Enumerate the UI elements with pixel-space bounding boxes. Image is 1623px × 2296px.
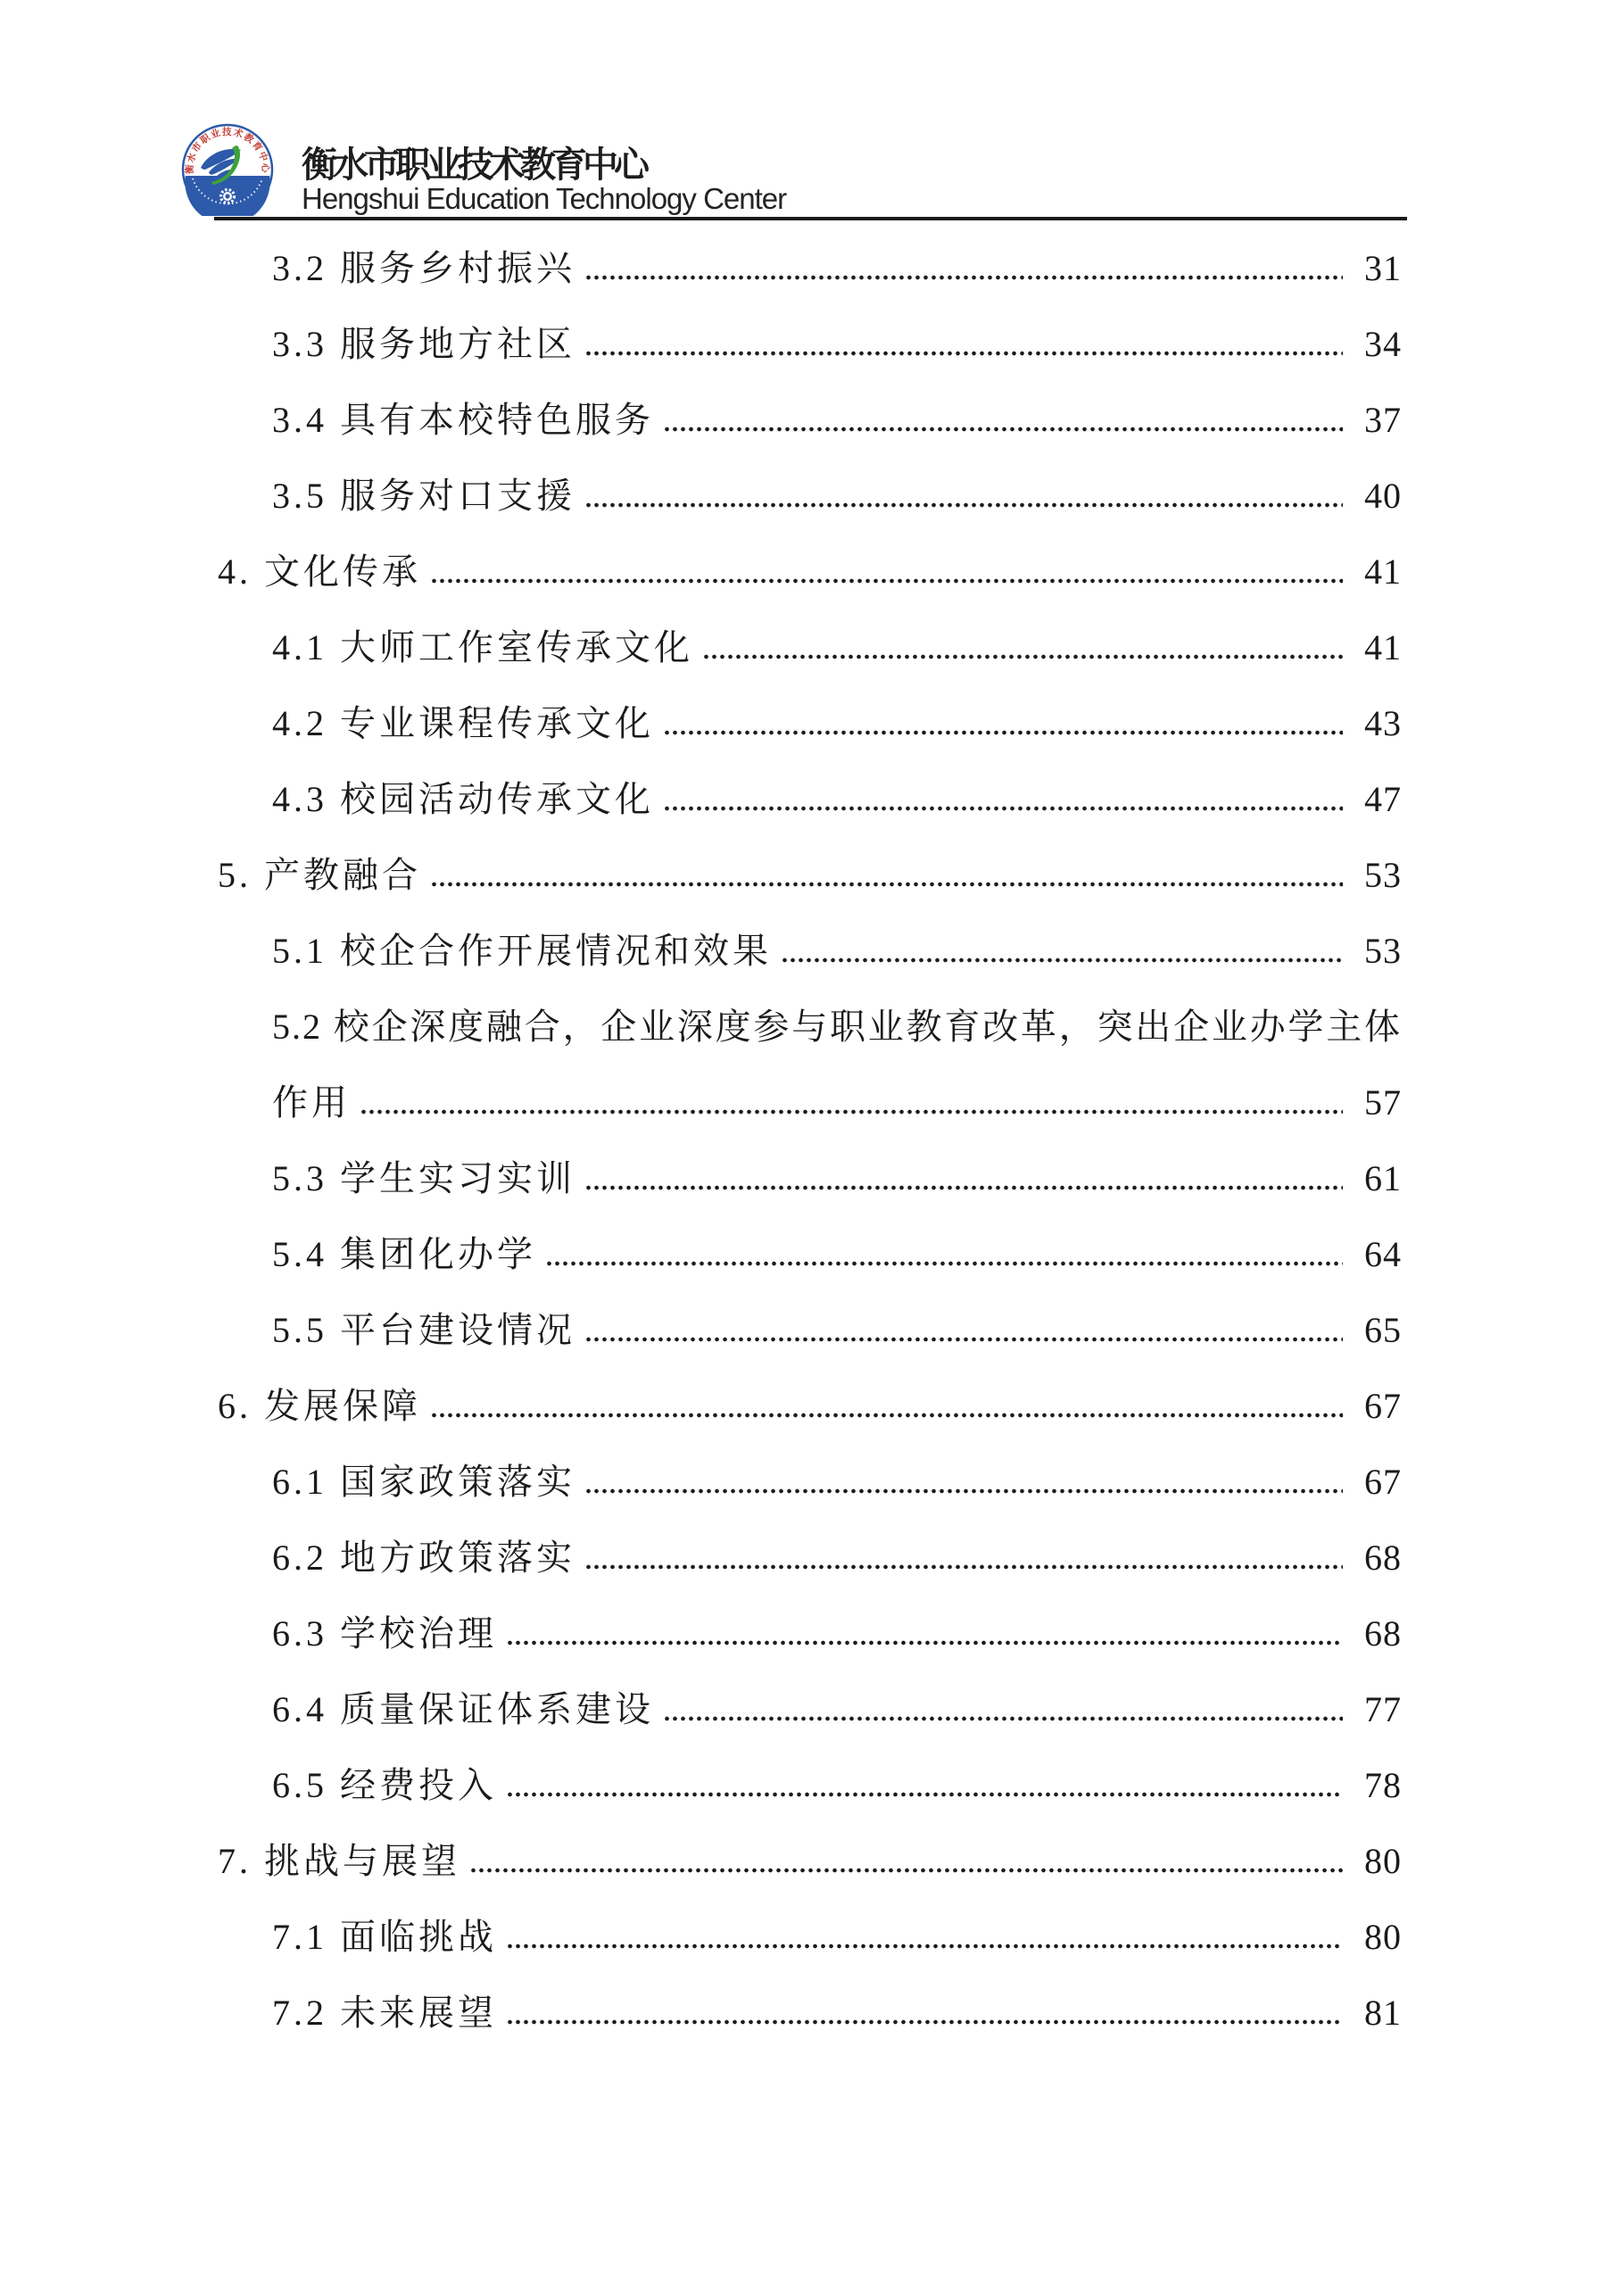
toc-entry-label: 7.1 面临挑战 bbox=[272, 1919, 497, 1956]
toc-entry-label: 6.4 质量保证体系建设 bbox=[272, 1691, 654, 1728]
toc-entry-page: 53 bbox=[1350, 932, 1402, 970]
toc-entry-page: 41 bbox=[1350, 629, 1402, 667]
toc-entry-page: 43 bbox=[1350, 705, 1402, 742]
toc-entry-label: 3.3 服务地方社区 bbox=[272, 326, 576, 363]
toc-entry-label: 5.4 集团化办学 bbox=[272, 1236, 536, 1273]
dot-leader bbox=[360, 1108, 1343, 1115]
toc-entry-label: 4.1 大师工作室传承文化 bbox=[272, 629, 693, 667]
toc-entry[interactable]: 5.4 集团化办学 64 bbox=[272, 1209, 1402, 1285]
dot-leader bbox=[506, 1943, 1343, 1950]
dot-leader bbox=[584, 274, 1343, 281]
toc-entry-label: 6.3 学校治理 bbox=[272, 1615, 497, 1653]
dot-leader bbox=[663, 729, 1343, 736]
toc-entry-label: 3.2 服务乡村振兴 bbox=[272, 250, 576, 287]
toc-entry-page: 77 bbox=[1350, 1691, 1402, 1728]
toc-entry[interactable]: 作用 57 bbox=[272, 1057, 1402, 1133]
toc-entry-page: 61 bbox=[1350, 1160, 1402, 1198]
toc-entry[interactable]: 4. 文化传承 41 bbox=[218, 526, 1402, 602]
toc-entry[interactable]: 6.5 经费投入 78 bbox=[272, 1740, 1402, 1816]
toc-entry-page: 37 bbox=[1350, 402, 1402, 439]
toc-entry[interactable]: 6. 发展保障 67 bbox=[218, 1361, 1402, 1437]
toc-entry[interactable]: 5. 产教融合 53 bbox=[218, 830, 1402, 906]
toc-entry[interactable]: 5.1 校企合作开展情况和效果 53 bbox=[272, 906, 1402, 982]
toc-entry[interactable]: 6.1 国家政策落实 67 bbox=[272, 1437, 1402, 1513]
dot-leader bbox=[584, 501, 1343, 509]
toc-entry-page: 53 bbox=[1350, 857, 1402, 894]
dot-leader bbox=[584, 350, 1343, 357]
dot-leader bbox=[430, 577, 1343, 584]
toc-entry-label: 5.1 校企合作开展情况和效果 bbox=[272, 932, 772, 970]
toc-entry-label: 7.2 未来展望 bbox=[272, 1994, 497, 2032]
toc-entry[interactable]: 6.4 质量保证体系建设 77 bbox=[272, 1664, 1402, 1740]
toc-entry-page: 65 bbox=[1350, 1312, 1402, 1349]
toc-entry[interactable]: 3.2 服务乡村振兴 31 bbox=[272, 223, 1402, 299]
dot-leader bbox=[702, 653, 1343, 660]
toc-entry[interactable]: 5.3 学生实习实训 61 bbox=[272, 1133, 1402, 1209]
toc-entry-label: 5. 产教融合 bbox=[218, 857, 421, 894]
school-logo-svg: 衡水市职业技术教育中心 bbox=[181, 123, 274, 216]
header-divider bbox=[214, 217, 1407, 220]
dot-leader bbox=[545, 1260, 1343, 1267]
toc-entry[interactable]: 5.5 平台建设情况 65 bbox=[272, 1285, 1402, 1361]
toc-entry-page: 68 bbox=[1350, 1539, 1402, 1577]
toc-entry-label: 5.5 平台建设情况 bbox=[272, 1312, 576, 1349]
toc-entry-label: 3.4 具有本校特色服务 bbox=[272, 402, 654, 439]
toc-entry-page: 67 bbox=[1350, 1388, 1402, 1425]
toc-entry-page: 64 bbox=[1350, 1236, 1402, 1273]
dot-leader bbox=[430, 881, 1343, 888]
toc-entry[interactable]: 3.4 具有本校特色服务 37 bbox=[272, 375, 1402, 451]
dot-leader bbox=[781, 957, 1343, 964]
dot-leader bbox=[663, 426, 1343, 433]
toc-entry-label: 5.2 校企深度融合，企业深度参与职业教育改革，突出企业办学主体 bbox=[272, 1008, 1402, 1046]
toc-entry[interactable]: 6.3 学校治理 68 bbox=[272, 1588, 1402, 1664]
toc-entry-label: 6.5 经费投入 bbox=[272, 1767, 497, 1804]
toc-entry[interactable]: 4.3 校园活动传承文化 47 bbox=[272, 754, 1402, 830]
toc-entry-page: 31 bbox=[1350, 250, 1402, 287]
toc-entry[interactable]: 4.1 大师工作室传承文化 41 bbox=[272, 602, 1402, 678]
toc-entry[interactable]: 4.2 专业课程传承文化 43 bbox=[272, 678, 1402, 754]
toc-entry-page: 41 bbox=[1350, 553, 1402, 591]
toc-entry-label: 6. 发展保障 bbox=[218, 1388, 421, 1425]
dot-leader bbox=[506, 1791, 1343, 1798]
dot-leader bbox=[584, 1563, 1343, 1571]
dot-leader bbox=[584, 1184, 1343, 1191]
org-name-chinese: 衡水市职业技术教育中心 bbox=[302, 145, 645, 185]
toc-entry-label: 6.1 国家政策落实 bbox=[272, 1463, 576, 1501]
dot-leader bbox=[506, 1639, 1343, 1646]
toc-list: 3.2 服务乡村振兴 31 3.3 服务地方社区 34 3.4 具有本校特色服务… bbox=[218, 223, 1402, 2043]
toc-entry-page: 67 bbox=[1350, 1463, 1402, 1501]
toc-entry-page: 81 bbox=[1350, 1994, 1402, 2032]
toc-entry-page: 47 bbox=[1350, 781, 1402, 818]
dot-leader bbox=[469, 1867, 1343, 1874]
dot-leader bbox=[584, 1336, 1343, 1343]
toc-entry-label: 4.3 校园活动传承文化 bbox=[272, 781, 654, 818]
toc-entry-label: 作用 bbox=[272, 1084, 351, 1122]
toc-entry-label: 4.2 专业课程传承文化 bbox=[272, 705, 654, 742]
toc-entry[interactable]: 7. 挑战与展望 80 bbox=[218, 1816, 1402, 1892]
toc-entry-page: 34 bbox=[1350, 326, 1402, 363]
toc-entry-page: 78 bbox=[1350, 1767, 1402, 1804]
dot-leader bbox=[663, 805, 1343, 812]
dot-leader bbox=[506, 2018, 1343, 2026]
document-page: 衡水市职业技术教育中心 衡水市职业技术教育中心 Hengshui Educati… bbox=[0, 0, 1623, 2296]
toc-entry[interactable]: 7.2 未来展望 81 bbox=[272, 1968, 1402, 2043]
toc-entry-label: 6.2 地方政策落实 bbox=[272, 1539, 576, 1577]
dot-leader bbox=[430, 1412, 1343, 1419]
toc-entry-page: 80 bbox=[1350, 1919, 1402, 1956]
school-logo-icon: 衡水市职业技术教育中心 bbox=[181, 123, 274, 216]
toc-entry-label: 4. 文化传承 bbox=[218, 553, 421, 591]
toc-entry[interactable]: 6.2 地方政策落实 68 bbox=[272, 1513, 1402, 1588]
toc-entry[interactable]: 7.1 面临挑战 80 bbox=[272, 1892, 1402, 1968]
toc-entry-page: 57 bbox=[1350, 1084, 1402, 1122]
toc-entry[interactable]: 3.3 服务地方社区 34 bbox=[272, 299, 1402, 375]
toc-entry[interactable]: 3.5 服务对口支援 40 bbox=[272, 451, 1402, 526]
toc-entry-label: 3.5 服务对口支援 bbox=[272, 477, 576, 515]
dot-leader bbox=[663, 1715, 1343, 1722]
toc-entry-page: 68 bbox=[1350, 1615, 1402, 1653]
toc-entry-label: 5.3 学生实习实训 bbox=[272, 1160, 576, 1198]
toc-entry-page: 40 bbox=[1350, 477, 1402, 515]
org-name-english: Hengshui Education Technology Center bbox=[302, 184, 786, 213]
toc-entry-label: 7. 挑战与展望 bbox=[218, 1843, 460, 1880]
toc-entry-page: 80 bbox=[1350, 1843, 1402, 1880]
dot-leader bbox=[584, 1488, 1343, 1495]
toc-entry[interactable]: 5.2 校企深度融合，企业深度参与职业教育改革，突出企业办学主体 bbox=[272, 982, 1402, 1057]
